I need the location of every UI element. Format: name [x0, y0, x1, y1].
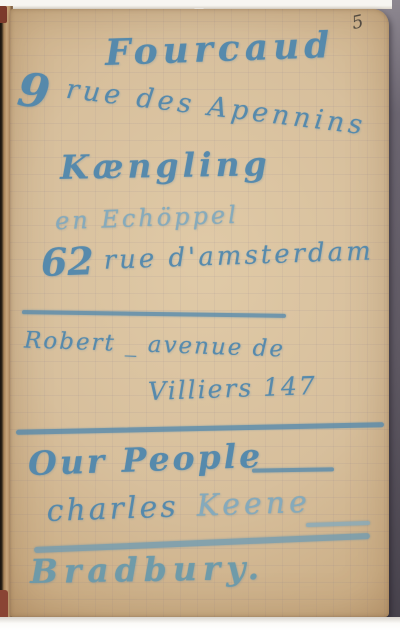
amsterdam-number: 62	[40, 238, 94, 285]
handwritten-line-our-people: Our People	[27, 436, 263, 483]
keene-word: Keene	[196, 485, 311, 524]
notebook-photo: 5 Fourcaud 9 rue des Apennins Kængling e…	[0, 0, 400, 631]
charles-word: charles	[46, 489, 179, 529]
surface-bottom-edge	[0, 617, 400, 631]
apennins-number: 9	[15, 62, 53, 119]
handwritten-line-villiers: Villiers 147	[148, 371, 318, 406]
handwritten-line-kaengling: Kængling	[60, 144, 271, 187]
handwritten-line-fourcaud: Fourcaud	[104, 24, 335, 74]
handwritten-line-bradbury: Bradbury.	[30, 548, 266, 591]
amsterdam-street: rue d'amsterdam	[103, 236, 374, 275]
cover-corner-top	[0, 6, 7, 23]
